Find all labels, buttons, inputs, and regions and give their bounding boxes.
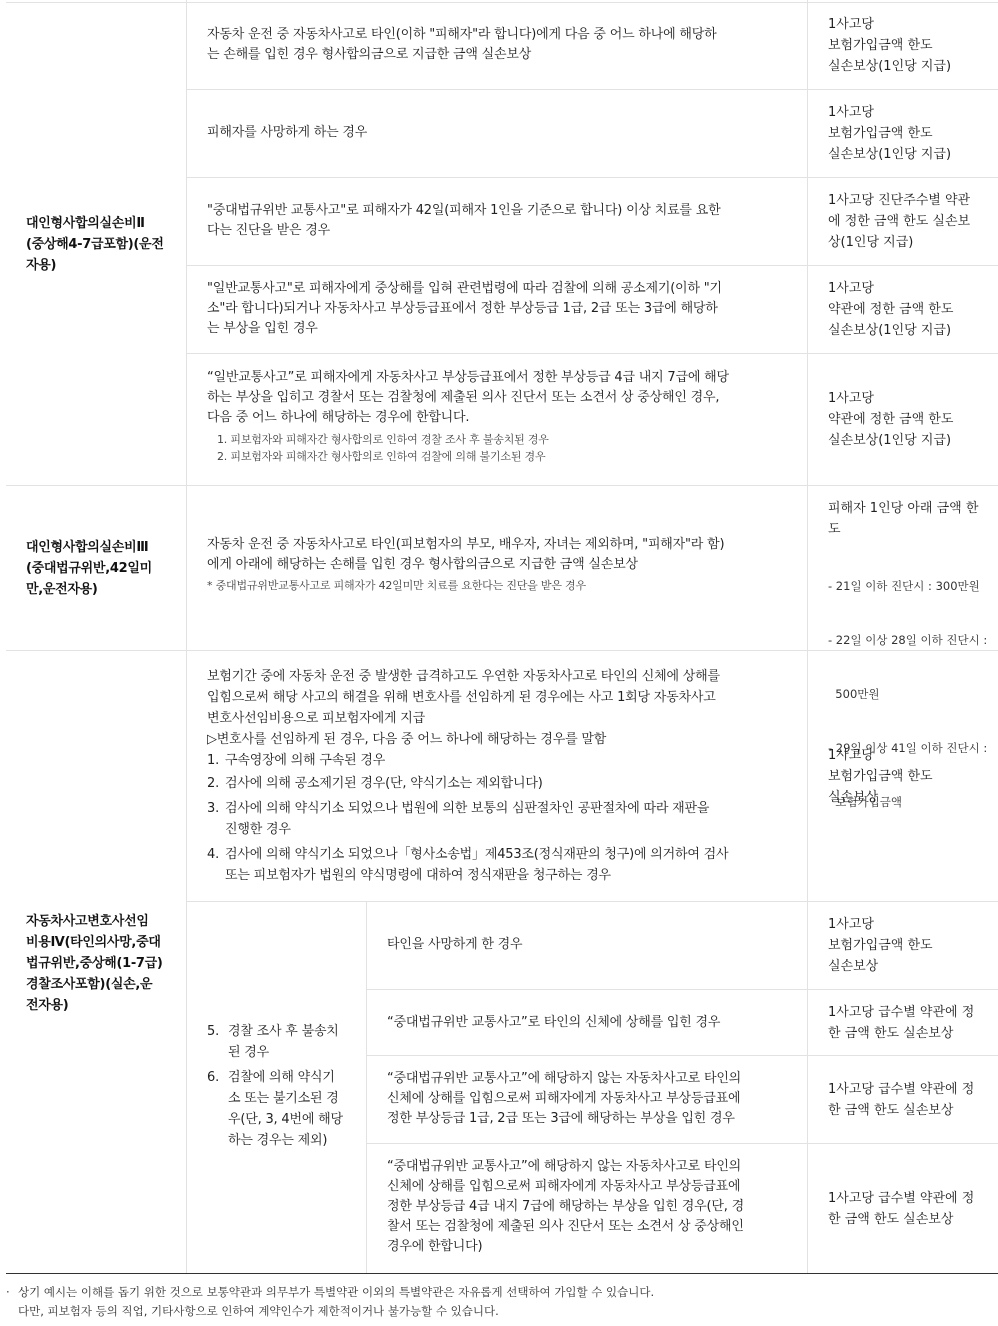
- text-line: 보험가입금액 한도: [828, 35, 951, 56]
- text-line: 1사고당: [828, 102, 951, 123]
- text-line: 한 금액 한도 실손보상: [828, 1209, 974, 1230]
- text-line: 1사고당 급수별 약관에 정: [828, 1188, 974, 1209]
- text-line: 피해자 1인당 아래 금액 한: [828, 498, 987, 519]
- footer-note: ·상기 예시는 이해를 돕기 위한 것으로 보통약관과 의무부가 특별약관 이외…: [6, 1283, 654, 1321]
- category-line: 비용Ⅳ(타인의사망,중대: [26, 932, 178, 953]
- coverage-item: - 21일 이하 진단시 : 300만원: [828, 577, 987, 595]
- row-divider: [366, 1055, 998, 1056]
- text-line: “일반교통사고”로 피해자에게 자동차사고 부상등급표에서 정한 부상등급 4급…: [207, 368, 729, 388]
- col-divider-3: [807, 0, 808, 1273]
- category-line: 대인형사합의실손비Ⅱ: [26, 213, 178, 234]
- row-description: “중대법규위반 교통사고”에 해당하지 않는 자동차사고로 타인의 신체에 상해…: [387, 1157, 744, 1257]
- text-line: 한 금액 한도 실손보상: [828, 1100, 974, 1121]
- text-line: 신체에 상해를 입힘으로써 피해자에게 자동차사고 부상등급표에: [387, 1177, 744, 1197]
- coverage-item: 500만원: [828, 685, 987, 703]
- text-line: 상(1인당 지급): [828, 232, 970, 253]
- coverage-table-document: 대인형사합의실손비Ⅱ (중상해4-7급포함)(운전 자용) 자동차 운전 중 자…: [0, 0, 998, 1326]
- text-line: 진행한 경우: [225, 819, 728, 840]
- text-line: 검사에 의해 약식기소 되었으나 법원에 의한 보통의 심판절차인 공판절차에 …: [225, 798, 728, 819]
- text-line: 검사에 의해 공소제기된 경우(단, 약식기소는 제외합니다): [225, 773, 728, 794]
- sub-item: 2. 피보험자와 피해자간 형사합의로 인하여 검찰에 의해 불기소된 경우: [217, 448, 729, 465]
- text-line: 1사고당 급수별 약관에 정: [828, 1002, 974, 1023]
- row-description: "일반교통사고"로 피해자에게 중상해를 입혀 관련법령에 따라 검찰에 의해 …: [207, 279, 722, 339]
- list-item: 4. 검사에 의해 약식기소 되었으나「형사소송법」제453조(정식재판의 청구…: [207, 844, 728, 886]
- text-line: 입힘으로써 해당 사고의 해결을 위해 변호사를 선임하게 된 경우에는 사고 …: [207, 687, 728, 708]
- text-line: 1사고당: [828, 914, 933, 935]
- category-line: (중대법규위반,42일미: [26, 558, 178, 579]
- text-line: 1사고당: [828, 278, 953, 299]
- text-line: 는 부상을 입힌 경우: [207, 319, 722, 339]
- bullet-icon: ·: [6, 1283, 18, 1302]
- col-divider-2-sub: [366, 902, 367, 1273]
- text-line: "중대법규위반 교통사고"로 피해자가 42일(피해자 1인을 기준으로 합니다…: [207, 201, 720, 221]
- row-description: "중대법규위반 교통사고"로 피해자가 42일(피해자 1인을 기준으로 합니다…: [207, 201, 720, 241]
- category-line: 자용): [26, 255, 178, 276]
- row-coverage: 1사고당 급수별 약관에 정 한 금액 한도 실손보상: [828, 1079, 974, 1121]
- text-line: 실손보상: [828, 956, 933, 977]
- text-line: 정한 부상등급 4급 내지 7급에 해당하는 부상을 입힌 경우(단, 경: [387, 1197, 744, 1217]
- text-line: 약관에 정한 금액 한도: [828, 409, 953, 430]
- coverage-item: - 22일 이상 28일 이하 진단시 :: [828, 631, 987, 649]
- category-line: (중상해4-7급포함)(운전: [26, 234, 178, 255]
- text-line: “중대법규위반 교통사고”에 해당하지 않는 자동차사고로 타인의: [387, 1157, 744, 1177]
- text-line: ▷변호사를 선임하게 된 경우, 다음 중 어느 하나에 해당하는 경우를 말함: [207, 729, 728, 750]
- list-item: 5. 경찰 조사 후 불송치 된 경우: [207, 1021, 362, 1063]
- row-divider: [186, 901, 998, 902]
- text-line: 또는 피보험자가 법원의 약식명령에 대하여 정식재판을 청구하는 경우: [225, 865, 728, 886]
- category-label-IV: 자동차사고변호사선임 비용Ⅳ(타인의사망,중대 법규위반,중상해(1-7급) 경…: [26, 911, 178, 1016]
- text-line: 1사고당 급수별 약관에 정: [828, 1079, 974, 1100]
- text-line: “중대법규위반 교통사고”로 타인의 신체에 상해를 입힌 경우: [387, 1013, 720, 1033]
- text-line: 1사고당: [828, 388, 953, 409]
- text-line: 1사고당: [828, 14, 951, 35]
- text-line: 검사에 의해 약식기소 되었으나「형사소송법」제453조(정식재판의 청구)에 …: [225, 844, 728, 865]
- category-line: 전자용): [26, 995, 178, 1016]
- text-line: 보험가입금액 한도: [828, 766, 933, 787]
- row-divider: [366, 989, 998, 990]
- text-line: 1사고당: [828, 745, 933, 766]
- text-line: 우(단, 3, 4번에 해당: [228, 1109, 362, 1130]
- text-line: 다음 중 어느 하나에 해당하는 경우에 한합니다.: [207, 408, 729, 428]
- row-coverage: 1사고당 급수별 약관에 정 한 금액 한도 실손보상: [828, 1002, 974, 1044]
- list-item: 1. 구속영장에 의해 구속된 경우: [207, 750, 728, 771]
- text-line: 실손보상(1인당 지급): [828, 56, 951, 77]
- text-line: 보험가입금액 한도: [828, 935, 933, 956]
- category-label-III: 대인형사합의실손비Ⅲ (중대법규위반,42일미 만,운전자용): [26, 537, 178, 600]
- numbered-list: 5. 경찰 조사 후 불송치 된 경우 6. 검찰에 의해 약식기 소 또는 불…: [207, 1021, 362, 1151]
- text-line: 보험가입금액 한도: [828, 123, 951, 144]
- text-line: 보험기간 중에 자동차 운전 중 발생한 급격하고도 우연한 자동차사고로 타인…: [207, 666, 728, 687]
- row-description: 자동차 운전 중 자동차사고로 타인(피보험자의 부모, 배우자, 자녀는 제외…: [207, 535, 724, 594]
- list-item: 3. 검사에 의해 약식기소 되었으나 법원에 의한 보통의 심판절차인 공판절…: [207, 798, 728, 840]
- item-number: 3.: [207, 798, 219, 819]
- text-line: 실손보상(1인당 지급): [828, 144, 951, 165]
- numbered-list: 1. 구속영장에 의해 구속된 경우 2. 검사에 의해 공소제기된 경우(단,…: [207, 750, 728, 886]
- row-divider: [186, 353, 998, 354]
- text-line: 자동차 운전 중 자동차사고로 타인(이하 "피해자"라 합니다)에게 다음 중…: [207, 25, 716, 45]
- sub-conditions: 5. 경찰 조사 후 불송치 된 경우 6. 검찰에 의해 약식기 소 또는 불…: [207, 1021, 362, 1155]
- item-number: 4.: [207, 844, 219, 865]
- text-line: 구속영장에 의해 구속된 경우: [225, 750, 728, 771]
- row-coverage: 1사고당 보험가입금액 한도 실손보상: [828, 745, 933, 808]
- row-divider: [186, 177, 998, 178]
- category-line: 법규위반,중상해(1-7급): [26, 953, 178, 974]
- row-divider: [186, 265, 998, 266]
- text-line: 실손보상(1인당 지급): [828, 320, 953, 341]
- text-line: 타인을 사망하게 한 경우: [387, 935, 522, 955]
- text-line: 실손보상(1인당 지급): [828, 430, 953, 451]
- row-description: “일반교통사고”로 피해자에게 자동차사고 부상등급표에서 정한 부상등급 4급…: [207, 368, 729, 465]
- item-number: 5.: [207, 1021, 219, 1042]
- text-line: 에 정한 금액 한도 실손보: [828, 211, 970, 232]
- list-item: 2. 검사에 의해 공소제기된 경우(단, 약식기소는 제외합니다): [207, 773, 728, 794]
- item-number: 6.: [207, 1067, 219, 1088]
- category-label-II: 대인형사합의실손비Ⅱ (중상해4-7급포함)(운전 자용): [26, 213, 178, 276]
- text-line: 정한 부상등급 1급, 2급 또는 3급에 해당하는 부상을 입힌 경우: [387, 1109, 741, 1129]
- text-line: 소"라 합니다)되거나 자동차사고 부상등급표에서 정한 부상등급 1급, 2급…: [207, 299, 722, 319]
- row-coverage: 1사고당 약관에 정한 금액 한도 실손보상(1인당 지급): [828, 388, 953, 451]
- table-bottom-rule: [6, 1273, 998, 1274]
- text-line: 약관에 정한 금액 한도: [828, 299, 953, 320]
- row-description: 자동차 운전 중 자동차사고로 타인(이하 "피해자"라 합니다)에게 다음 중…: [207, 25, 716, 65]
- text-line: 신체에 상해를 입힘으로써 피해자에게 자동차사고 부상등급표에: [387, 1089, 741, 1109]
- text-line: 소 또는 불기소된 경: [228, 1088, 362, 1109]
- intro-description: 보험기간 중에 자동차 운전 중 발생한 급격하고도 우연한 자동차사고로 타인…: [207, 666, 728, 890]
- row-description: “중대법규위반 교통사고”에 해당하지 않는 자동차사고로 타인의 신체에 상해…: [387, 1069, 741, 1129]
- category-line: 대인형사합의실손비Ⅲ: [26, 537, 178, 558]
- row-coverage: 1사고당 보험가입금액 한도 실손보상(1인당 지급): [828, 14, 951, 77]
- category-line: 경찰조사포함)(실손,운: [26, 974, 178, 995]
- text-line: 1사고당 진단주수별 약관: [828, 190, 970, 211]
- text-line: 경우에 한합니다): [387, 1237, 744, 1257]
- text-line: 는 손해를 입힌 경우 형사합의금으로 지급한 금액 실손보상: [207, 45, 716, 65]
- sub-item: 1. 피보험자와 피해자간 형사합의로 인하여 경찰 조사 후 불송치된 경우: [217, 431, 729, 448]
- text-line: 찰서 또는 검찰청에 제출된 의사 진단서 또는 소견서 상 중상해인: [387, 1217, 744, 1237]
- table-top-border: [6, 2, 998, 3]
- text-line: "일반교통사고"로 피해자에게 중상해를 입혀 관련법령에 따라 검찰에 의해 …: [207, 279, 722, 299]
- text-line: 피해자를 사망하게 하는 경우: [207, 123, 367, 143]
- text-line: 변호사선임비용으로 피보험자에게 지급: [207, 708, 728, 729]
- row-coverage: 1사고당 약관에 정한 금액 한도 실손보상(1인당 지급): [828, 278, 953, 341]
- row-description: “중대법규위반 교통사고”로 타인의 신체에 상해를 입힌 경우: [387, 1013, 720, 1033]
- text-line: 실손보상: [828, 787, 933, 808]
- row-description: 피해자를 사망하게 하는 경우: [207, 123, 367, 143]
- text-line: 자동차 운전 중 자동차사고로 타인(피보험자의 부모, 배우자, 자녀는 제외…: [207, 535, 724, 555]
- row-coverage: 1사고당 보험가입금액 한도 실손보상: [828, 914, 933, 977]
- text-line: 다는 진단을 받은 경우: [207, 221, 720, 241]
- category-line: 만,운전자용): [26, 579, 178, 600]
- sub-item-list: 1. 피보험자와 피해자간 형사합의로 인하여 경찰 조사 후 불송치된 경우 …: [207, 431, 729, 465]
- item-number: 1.: [207, 750, 219, 771]
- text-line: 검찰에 의해 약식기: [228, 1067, 362, 1088]
- row-divider: [366, 1143, 998, 1144]
- footnote: * 중대법규위반교통사고로 피해자가 42일미만 치료를 요한다는 진단을 받은…: [207, 577, 724, 594]
- col-divider-1: [186, 0, 187, 1273]
- row-description: 타인을 사망하게 한 경우: [387, 935, 522, 955]
- row-coverage: 1사고당 보험가입금액 한도 실손보상(1인당 지급): [828, 102, 951, 165]
- text-line: 도: [828, 519, 987, 540]
- item-number: 2.: [207, 773, 219, 794]
- text-line: 된 경우: [228, 1042, 362, 1063]
- row-coverage: 1사고당 급수별 약관에 정 한 금액 한도 실손보상: [828, 1188, 974, 1230]
- text-line: “중대법규위반 교통사고”에 해당하지 않는 자동차사고로 타인의: [387, 1069, 741, 1089]
- category-line: 자동차사고변호사선임: [26, 911, 178, 932]
- text-line: 상기 예시는 이해를 돕기 위한 것으로 보통약관과 의무부가 특별약관 이외의…: [18, 1285, 654, 1299]
- row-divider: [186, 89, 998, 90]
- row-coverage: 1사고당 진단주수별 약관 에 정한 금액 한도 실손보 상(1인당 지급): [828, 190, 970, 253]
- text-line: 하는 부상을 입히고 경찰서 또는 검찰청에 제출된 의사 진단서 또는 소견서…: [207, 388, 729, 408]
- section-divider: [6, 485, 998, 486]
- text-line: 경찰 조사 후 불송치: [228, 1021, 362, 1042]
- text-line: 하는 경우는 제외): [228, 1130, 362, 1151]
- text-line: 한 금액 한도 실손보상: [828, 1023, 974, 1044]
- text-line: 에게 아래에 해당하는 손해를 입힌 경우 형사합의금으로 지급한 금액 실손보…: [207, 555, 724, 575]
- list-item: 6. 검찰에 의해 약식기 소 또는 불기소된 경 우(단, 3, 4번에 해당…: [207, 1067, 362, 1151]
- text-line: 다만, 피보험자 등의 직업, 기타사항으로 인하여 계약인수가 제한적이거나 …: [6, 1302, 654, 1321]
